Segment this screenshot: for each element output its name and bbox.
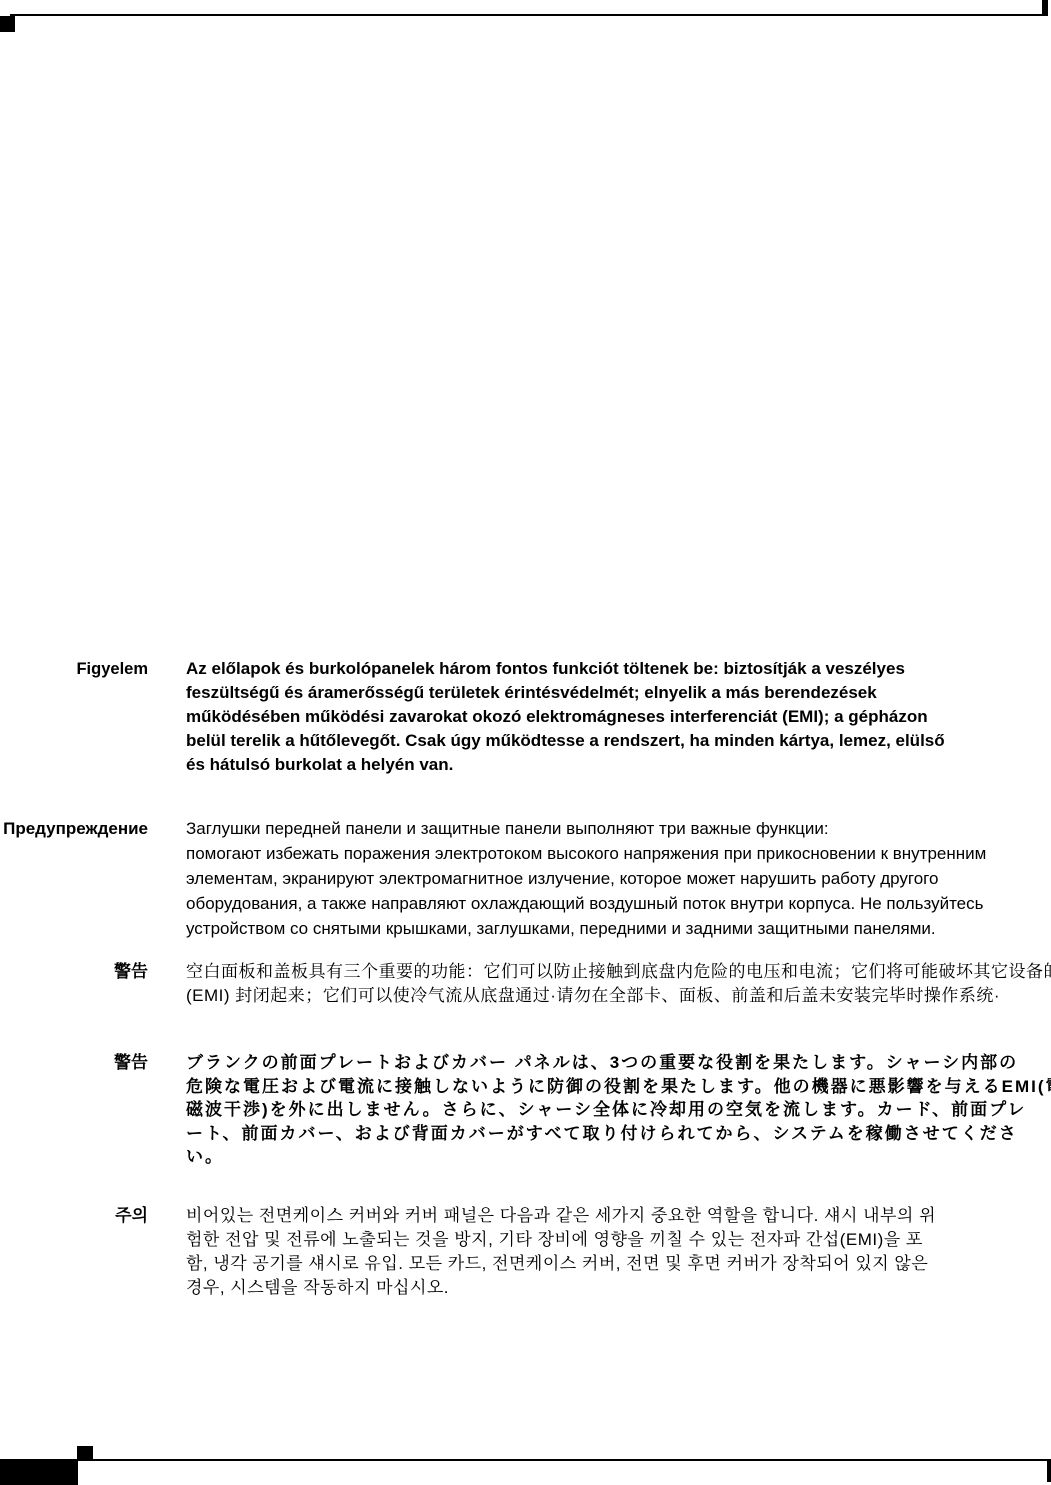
crop-mark-bottom-left: [77, 1446, 93, 1459]
warning-text-line: 함, 냉각 공기를 섀시로 유입. 모든 카드, 전면케이스 커버, 전면 및 …: [186, 1252, 1036, 1276]
warning-text-line: működésében működési zavarokat okozó ele…: [186, 705, 1036, 729]
warning-label: 주의: [0, 1204, 148, 1228]
warning-text-line: 空白面板和盖板具有三个重要的功能：它们可以防止接触到底盘内危险的电压和电流；它们…: [186, 960, 1036, 984]
warning-text-line: (EMI) 封闭起来；它们可以使冷气流从底盘通过·请勿在全部卡、面板、前盖和后盖…: [186, 984, 1036, 1008]
warning-label: 警告: [0, 1051, 148, 1075]
bottom-rule: [0, 1459, 1048, 1461]
footer-left-block: [0, 1461, 78, 1485]
warning-text-line: 磁波干渉)を外に出しません。さらに、シャーシ全体に冷却用の空気を流します。カード…: [186, 1098, 1036, 1122]
warning-text-line: ート、前面カバー、および背面カバーがすべて取り付けられてから、システムを稼働させ…: [186, 1122, 1036, 1146]
warning-body: ブランクの前面プレートおよびカバー パネルは、3つの重要な役割を果たします。シャ…: [186, 1051, 1036, 1169]
warning-text-line: 危険な電圧および電流に接触しないように防御の役割を果たします。他の機器に悪影響を…: [186, 1075, 1036, 1099]
crop-mark-top-right: [1042, 0, 1048, 16]
document-page: Figyelem Az előlapok és burkolópanelek h…: [0, 0, 1051, 1485]
warning-text-line: устройством со снятыми крышками, заглушк…: [186, 916, 1036, 941]
crop-mark-bottom-right: [1047, 1459, 1051, 1482]
warning-text-line: оборудования, а также направляют охлажда…: [186, 891, 1036, 916]
warning-text-line: 험한 전압 및 전류에 노출되는 것을 방지, 기타 장비에 영향을 끼칠 수 …: [186, 1228, 1036, 1252]
warning-body: Az előlapok és burkolópanelek három font…: [186, 657, 1036, 777]
warning-label: Предупреждение: [0, 816, 148, 841]
warning-text-line: és hátulsó burkolat a helyén van.: [186, 753, 1036, 777]
warning-text-line: 경우, 시스템을 작동하지 마십시오.: [186, 1276, 1036, 1300]
warning-body: Заглушки передней панели и защитные пане…: [186, 816, 1036, 941]
warning-text-line: い。: [186, 1145, 1036, 1169]
warning-text-line: ブランクの前面プレートおよびカバー パネルは、3つの重要な役割を果たします。シャ…: [186, 1051, 1036, 1075]
warning-text-line: элементам, экранируют электромагнитное и…: [186, 866, 1036, 891]
crop-mark-top-left: [0, 16, 15, 32]
warning-body: 비어있는 전면케이스 커버와 커버 패널은 다음과 같은 세가지 중요한 역할을…: [186, 1204, 1036, 1300]
warning-label: 警告: [0, 960, 148, 984]
warning-text-line: помогают избежать поражения электротоком…: [186, 841, 1036, 866]
warning-text-line: belül terelik a hűtőlevegőt. Csak úgy mű…: [186, 729, 1036, 753]
warning-label: Figyelem: [0, 657, 148, 681]
warning-text-line: Заглушки передней панели и защитные пане…: [186, 816, 1036, 841]
top-rule: [10, 14, 1047, 16]
warning-body: 空白面板和盖板具有三个重要的功能：它们可以防止接触到底盘内危险的电压和电流；它们…: [186, 960, 1036, 1008]
warning-text-line: feszültségű és áramerősségű területek ér…: [186, 681, 1036, 705]
warning-text-line: Az előlapok és burkolópanelek három font…: [186, 657, 1036, 681]
warning-text-line: 비어있는 전면케이스 커버와 커버 패널은 다음과 같은 세가지 중요한 역할을…: [186, 1204, 1036, 1228]
